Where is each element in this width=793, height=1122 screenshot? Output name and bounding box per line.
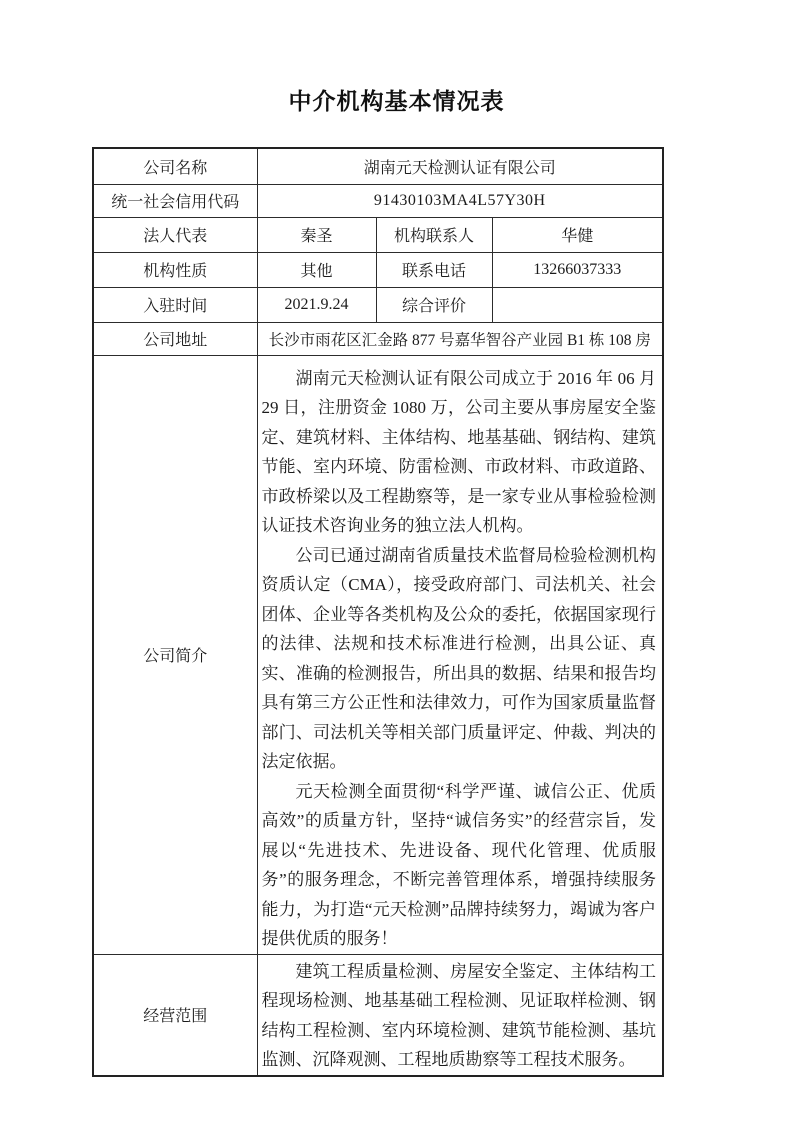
legal-rep-value: 秦圣 <box>257 217 376 252</box>
rating-value <box>492 287 663 322</box>
join-date-label: 入驻时间 <box>93 287 257 322</box>
credit-code-value: 91430103MA4L57Y30H <box>257 184 663 217</box>
row-legal-rep: 法人代表 秦圣 机构联系人 华健 <box>93 217 663 252</box>
profile-paragraph: 公司已通过湖南省质量技术监督局检验检测机构资质认定（CMA），接受政府部门、司法… <box>262 541 657 777</box>
legal-rep-label: 法人代表 <box>93 217 257 252</box>
row-org-type: 机构性质 其他 联系电话 13266037333 <box>93 252 663 287</box>
rating-label: 综合评价 <box>376 287 492 322</box>
credit-code-label: 统一社会信用代码 <box>93 184 257 217</box>
join-date-value: 2021.9.24 <box>257 287 376 322</box>
business-scope-text: 建筑工程质量检测、房屋安全鉴定、主体结构工程现场检测、地基基础工程检测、见证取样… <box>257 954 663 1076</box>
phone-value: 13266037333 <box>492 252 663 287</box>
company-name-value: 湖南元天检测认证有限公司 <box>257 148 663 184</box>
org-type-value: 其他 <box>257 252 376 287</box>
address-label: 公司地址 <box>93 322 257 355</box>
row-credit-code: 统一社会信用代码 91430103MA4L57Y30H <box>93 184 663 217</box>
org-type-label: 机构性质 <box>93 252 257 287</box>
address-value: 长沙市雨花区汇金路 877 号嘉华智谷产业园 B1 栋 108 房 <box>257 322 663 355</box>
business-scope-label: 经营范围 <box>93 954 257 1076</box>
row-join-date: 入驻时间 2021.9.24 综合评价 <box>93 287 663 322</box>
scope-paragraph: 建筑工程质量检测、房屋安全鉴定、主体结构工程现场检测、地基基础工程检测、见证取样… <box>262 957 657 1075</box>
contact-person-label: 机构联系人 <box>376 217 492 252</box>
row-address: 公司地址 长沙市雨花区汇金路 877 号嘉华智谷产业园 B1 栋 108 房 <box>93 322 663 355</box>
company-profile-text: 湖南元天检测认证有限公司成立于 2016 年 06 月 29 日，注册资金 10… <box>257 355 663 954</box>
row-company-name: 公司名称 湖南元天检测认证有限公司 <box>93 148 663 184</box>
phone-label: 联系电话 <box>376 252 492 287</box>
contact-person-value: 华健 <box>492 217 663 252</box>
row-business-scope: 经营范围 建筑工程质量检测、房屋安全鉴定、主体结构工程现场检测、地基基础工程检测… <box>93 954 663 1076</box>
company-name-label: 公司名称 <box>93 148 257 184</box>
agency-info-table: 公司名称 湖南元天检测认证有限公司 统一社会信用代码 91430103MA4L5… <box>92 147 664 1077</box>
page-title: 中介机构基本情况表 <box>0 83 793 116</box>
company-profile-label: 公司简介 <box>93 355 257 954</box>
profile-paragraph: 湖南元天检测认证有限公司成立于 2016 年 06 月 29 日，注册资金 10… <box>262 364 657 541</box>
document-page: 中介机构基本情况表 公司名称 湖南元天检测认证有限公司 统一社会信用代码 914… <box>0 0 793 1122</box>
profile-paragraph: 元天检测全面贯彻“科学严谨、诚信公正、优质高效”的质量方针，坚持“诚信务实”的经… <box>262 777 657 954</box>
row-company-profile: 公司简介 湖南元天检测认证有限公司成立于 2016 年 06 月 29 日，注册… <box>93 355 663 954</box>
